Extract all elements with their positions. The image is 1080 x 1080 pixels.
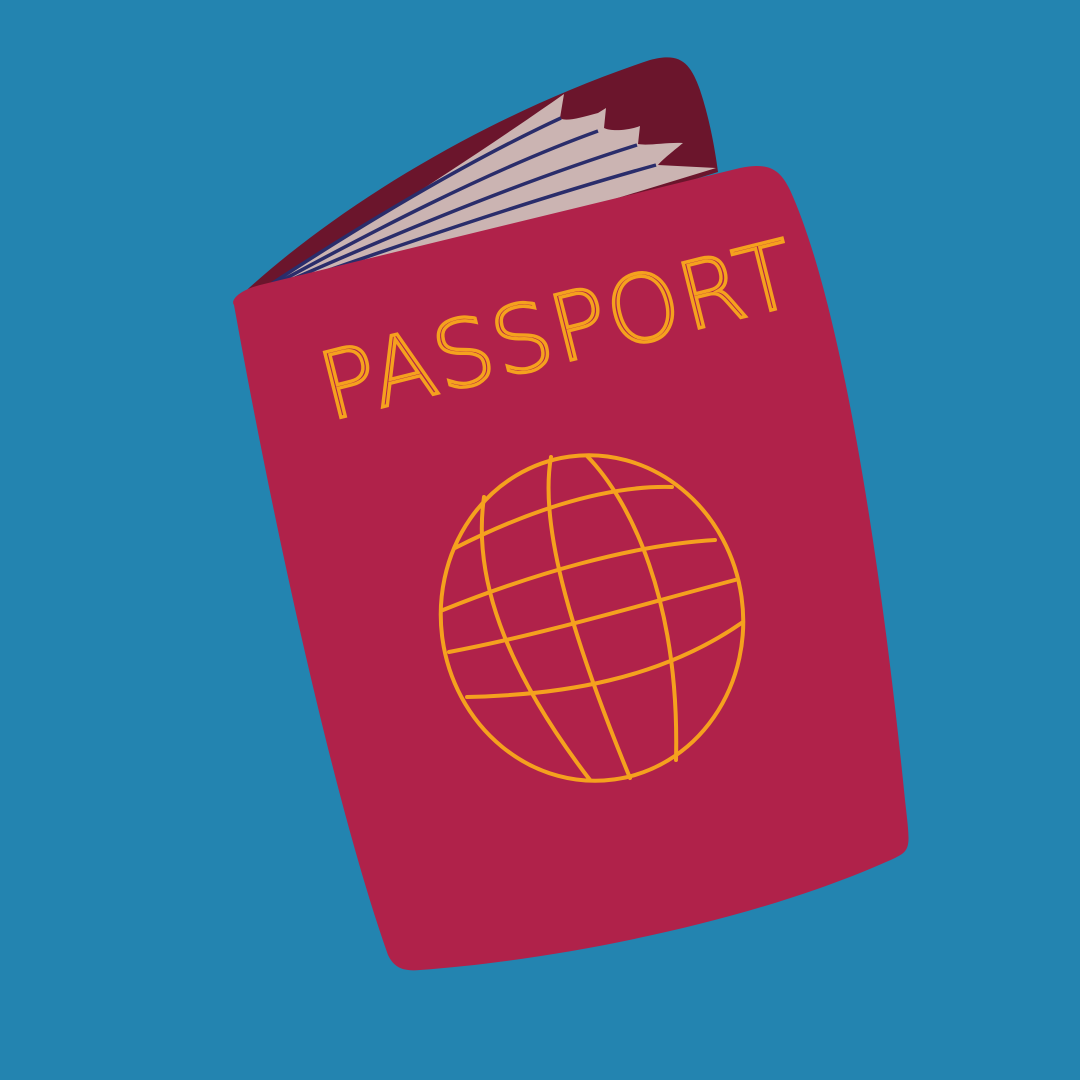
passport-illustration: PASSPORT — [0, 0, 1080, 1080]
